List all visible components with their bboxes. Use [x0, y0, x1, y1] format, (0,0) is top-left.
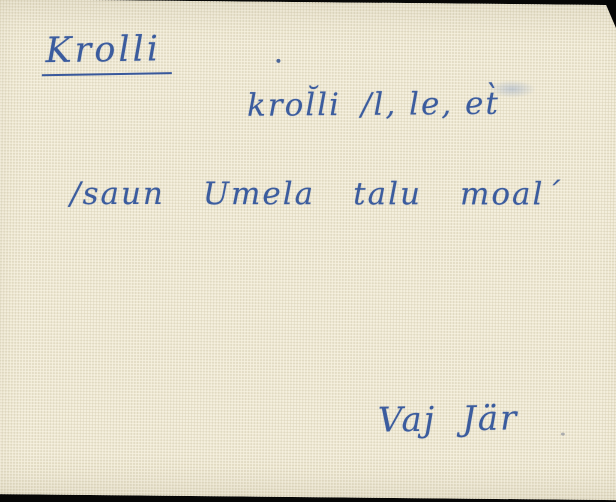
- attribution-word: Vaj: [378, 400, 437, 441]
- scan-background: Krolli krol̆li /l, le, et̀ /saun Umela t…: [0, 0, 616, 502]
- example-word: Umela: [203, 176, 315, 212]
- example-sentence: /saun Umela talu moal´: [70, 176, 562, 212]
- example-word: moal´: [460, 176, 562, 212]
- entry-line: krol̆li /l, le, et̀: [247, 86, 500, 124]
- example-word: talu: [353, 176, 422, 212]
- example-word: /saun: [70, 176, 165, 212]
- ink-speck: [276, 59, 280, 63]
- ink-smudge: [488, 80, 536, 98]
- entry-word: krol̆li: [247, 87, 341, 124]
- attribution: Vaj Jär: [378, 398, 519, 440]
- index-card: Krolli krol̆li /l, le, et̀ /saun Umela t…: [0, 0, 616, 500]
- attribution-word: Jär: [462, 398, 519, 439]
- ink-speck: [561, 433, 565, 436]
- entry-grammar-forms: /l, le, et̀: [361, 86, 500, 123]
- headword: Krolli: [41, 29, 171, 76]
